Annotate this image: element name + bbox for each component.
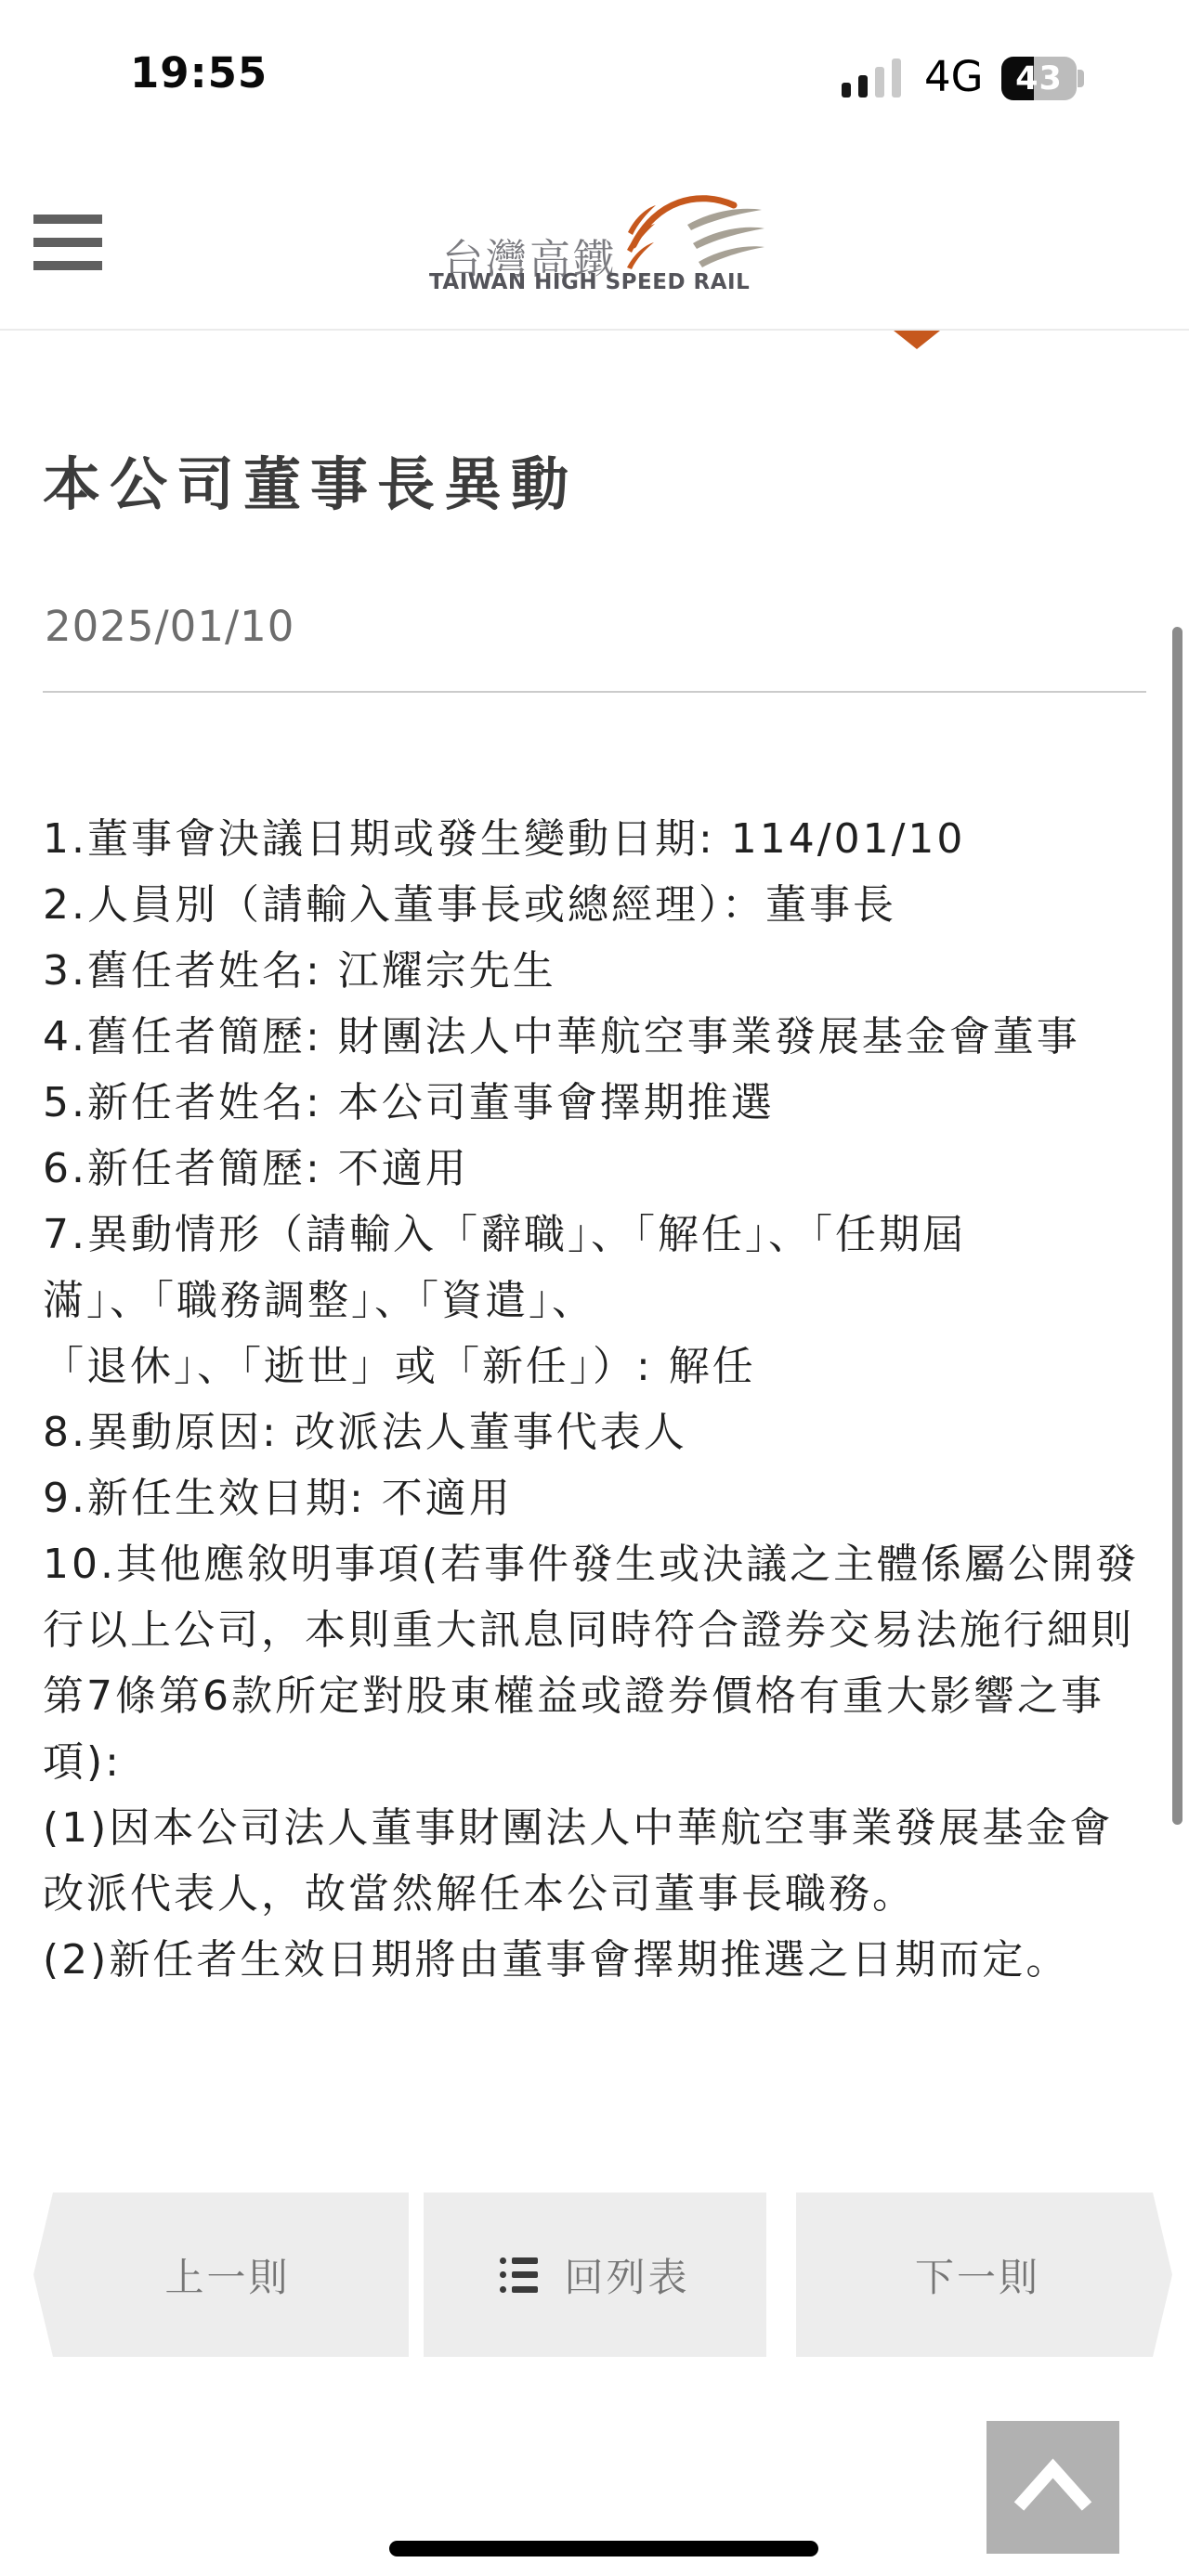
- article-line: 9.新任生效日期: 不適用: [43, 1465, 1152, 1531]
- article-line: 3.舊任者姓名: 江耀宗先生: [43, 938, 1152, 1004]
- scrollbar-thumb[interactable]: [1172, 627, 1182, 1825]
- article-line: 改派代表人，故當然解任本公司董事長職務。: [43, 1861, 1152, 1927]
- article-body: 1.董事會決議日期或發生變動日期: 114/01/10 2.人員別（請輸入董事長…: [43, 806, 1152, 1993]
- article-line: 1.董事會決議日期或發生變動日期: 114/01/10: [43, 806, 1152, 872]
- article-date: 2025/01/10: [45, 602, 294, 651]
- status-time: 19:55: [130, 48, 268, 98]
- article-line: 7.異動情形（請輸入「辭職」、「解任」、「任期屆: [43, 1202, 1152, 1268]
- battery-icon: 43: [1001, 57, 1077, 100]
- article-line: 5.新任者姓名: 本公司董事會擇期推選: [43, 1070, 1152, 1136]
- article-line: (2)新任者生效日期將由董事會擇期推選之日期而定。: [43, 1927, 1152, 1993]
- article-line: 2.人員別（請輸入董事長或總經理）：董事長: [43, 872, 1152, 938]
- article-line: 6.新任者簡歷: 不適用: [43, 1136, 1152, 1202]
- article-line: 第7條第6款所定對股東權益或證券價格有重大影響之事: [43, 1663, 1152, 1729]
- article-line: 滿」、「職務調整」、「資遣」、: [43, 1268, 1152, 1334]
- article-line: 4.舊任者簡歷: 財團法人中華航空事業發展基金會董事: [43, 1004, 1152, 1070]
- article-line: 「退休」、「逝世」或「新任」）: 解任: [43, 1334, 1152, 1399]
- back-to-list-label: 回列表: [564, 2247, 689, 2303]
- thsr-logo-english: TAIWAN HIGH SPEED RAIL: [429, 270, 750, 294]
- battery-nub: [1078, 70, 1084, 87]
- signal-bar: [858, 75, 868, 98]
- triangle-down-icon: [894, 331, 940, 349]
- article-line: 8.異動原因: 改派法人董事代表人: [43, 1399, 1152, 1465]
- list-icon: [500, 2257, 538, 2293]
- signal-bar: [842, 83, 851, 98]
- home-indicator-bar: [389, 2541, 818, 2556]
- scroll-to-top-button[interactable]: [986, 2421, 1119, 2554]
- signal-bar: [875, 67, 884, 98]
- next-article-button[interactable]: 下一則: [796, 2192, 1172, 2357]
- cellular-signal-icon: [842, 59, 916, 98]
- battery-percent: 43: [1001, 57, 1077, 100]
- chevron-up-icon: [986, 2421, 1119, 2554]
- back-to-list-button[interactable]: 回列表: [424, 2192, 766, 2357]
- article-line: 行以上公司，本則重大訊息同時符合證券交易法施行細則: [43, 1597, 1152, 1663]
- content-divider: [43, 691, 1146, 693]
- network-type-label: 4G: [924, 52, 984, 101]
- hamburger-bar: [33, 261, 102, 270]
- menu-hamburger-icon[interactable]: [33, 215, 102, 270]
- hamburger-bar: [33, 238, 102, 247]
- previous-article-button[interactable]: 上一則: [33, 2192, 409, 2357]
- page-title: 本公司董事長異動: [43, 438, 578, 521]
- previous-article-label: 上一則: [164, 2247, 290, 2303]
- next-article-label: 下一則: [915, 2247, 1040, 2303]
- article-line: 項):: [43, 1729, 1152, 1795]
- article-line: 10.其他應敘明事項(若事件發生或決議之主體係屬公開發: [43, 1531, 1152, 1597]
- signal-bar: [892, 59, 901, 98]
- header-divider: [0, 329, 1189, 331]
- article-line: (1)因本公司法人董事財團法人中華航空事業發展基金會: [43, 1795, 1152, 1861]
- phone-screen: 19:55 4G 43 台灣高鐵: [0, 0, 1189, 2576]
- thsr-swoosh-icon: [621, 191, 767, 280]
- thsr-logo[interactable]: 台灣高鐵 TAIWAN HIGH SPEED RAIL: [427, 189, 771, 296]
- hamburger-bar: [33, 215, 102, 224]
